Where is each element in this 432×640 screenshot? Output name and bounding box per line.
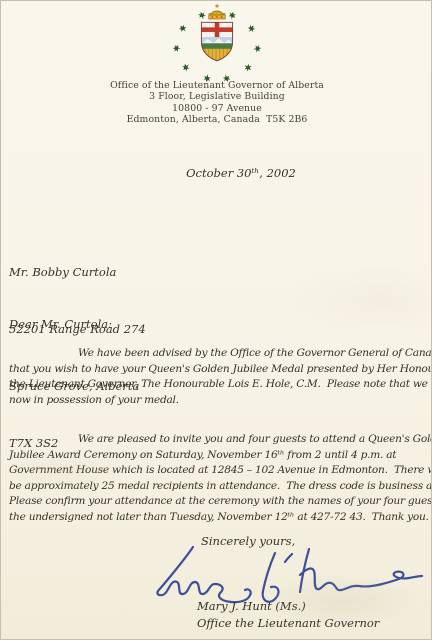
recipient-name: Mr. Bobby Curtola <box>9 263 146 282</box>
letterhead-address-3: Edmonton, Alberta, Canada T5K 2B6 <box>1 114 432 125</box>
salutation: Dear Mr. Curtola: <box>9 317 112 331</box>
date-line: October 30ᵗʰ, 2002 <box>1 166 432 180</box>
signer-title: Office the Lieutenant Governor <box>197 616 379 630</box>
crown-icon <box>209 4 226 19</box>
letterhead-office: Office of the Lieutenant Governor of Alb… <box>1 80 432 91</box>
signer-name: Mary J. Hunt (Ms.) <box>197 599 306 613</box>
letterhead-address-1: 3 Floor, Legislative Building <box>1 91 432 102</box>
body-paragraph-2: We are pleased to invite you and four gu… <box>9 432 432 526</box>
signature-handwriting-icon <box>141 545 432 607</box>
body-paragraph-1: We have been advised by the Office of th… <box>9 346 432 408</box>
shield-icon <box>201 22 232 61</box>
scanned-letter-page: Office of the Lieutenant Governor of Alb… <box>0 0 432 640</box>
letterhead: Office of the Lieutenant Governor of Alb… <box>1 80 432 126</box>
letterhead-address-2: 10800 - 97 Avenue <box>1 103 432 114</box>
